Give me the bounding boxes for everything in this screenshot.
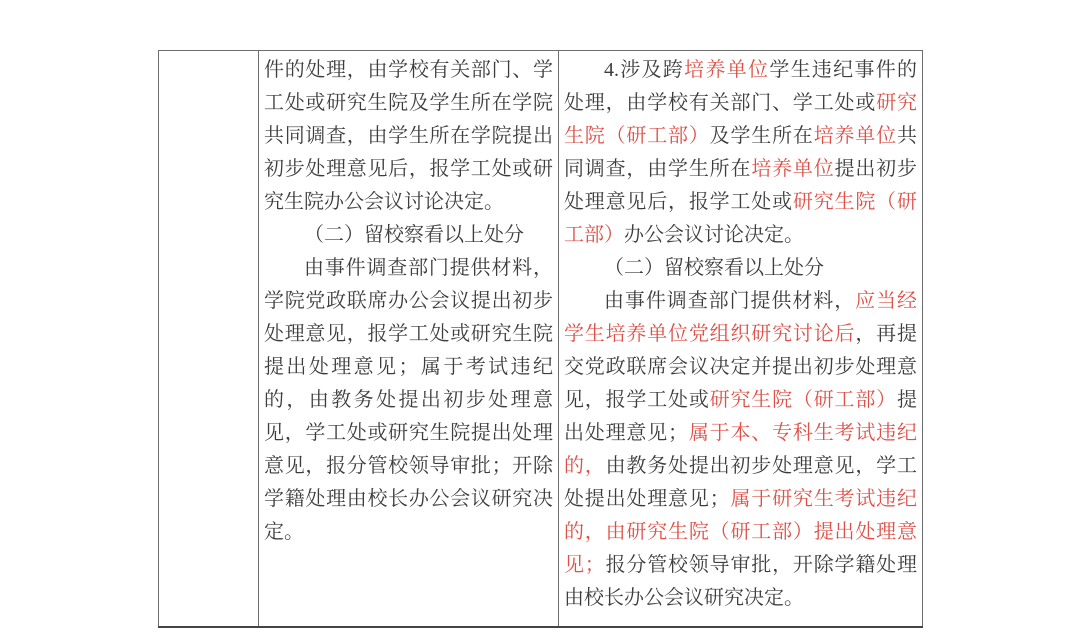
- revised-text-segment: 培养单位: [814, 125, 897, 147]
- paragraph: 由事件调查部门提供材料，应当经学生培养单位党组织研究讨论后，再提交党政联席会议决…: [564, 285, 917, 615]
- paragraph: （二）留校察看以上处分: [564, 252, 917, 285]
- text-segment: 及学生所在: [710, 125, 814, 147]
- revised-text-segment: 培养单位: [751, 158, 834, 180]
- text-segment: 4.涉及跨: [604, 59, 684, 81]
- revised-text-segment: 研究生院（研工部）: [710, 389, 897, 411]
- row-label-cell: [159, 51, 259, 628]
- paragraph: 件的处理，由学校有关部门、学工处或研究生院及学生所在学院共同调查，由学生所在学院…: [264, 54, 553, 219]
- revised-text-segment: 培养单位: [684, 59, 769, 81]
- paragraph: 由事件调查部门提供材料，学院党政联席办公会议提出初步处理意见，报学工处或研究生院…: [264, 252, 553, 549]
- text-segment: （二）留校察看以上处分: [304, 224, 524, 246]
- text-segment: （二）留校察看以上处分: [604, 257, 824, 279]
- paragraph: （二）留校察看以上处分: [264, 219, 553, 252]
- text-segment: 报分管校领导审批，开除学籍处理由校长办公会议研究决定。: [564, 554, 917, 609]
- text-segment: 由事件调查部门提供材料，学院党政联席办公会议提出初步处理意见，报学工处或研究生院…: [264, 257, 553, 543]
- text-segment: 由事件调查部门提供材料，: [604, 290, 855, 312]
- old-version-cell: 件的处理，由学校有关部门、学工处或研究生院及学生所在学院共同调查，由学生所在学院…: [259, 51, 559, 628]
- text-segment: 件的处理，由学校有关部门、学工处或研究生院及学生所在学院共同调查，由学生所在学院…: [264, 59, 553, 213]
- policy-comparison-table: 件的处理，由学校有关部门、学工处或研究生院及学生所在学院共同调查，由学生所在学院…: [158, 50, 923, 628]
- revised-version-cell: 4.涉及跨培养单位学生违纪事件的处理，由学校有关部门、学工处或研究生院（研工部）…: [559, 51, 923, 628]
- text-segment: 办公会议讨论决定。: [624, 224, 804, 246]
- paragraph: 4.涉及跨培养单位学生违纪事件的处理，由学校有关部门、学工处或研究生院（研工部）…: [564, 54, 917, 252]
- document-page: 件的处理，由学校有关部门、学工处或研究生院及学生所在学院共同调查，由学生所在学院…: [0, 0, 1080, 644]
- table-row: 件的处理，由学校有关部门、学工处或研究生院及学生所在学院共同调查，由学生所在学院…: [159, 51, 923, 628]
